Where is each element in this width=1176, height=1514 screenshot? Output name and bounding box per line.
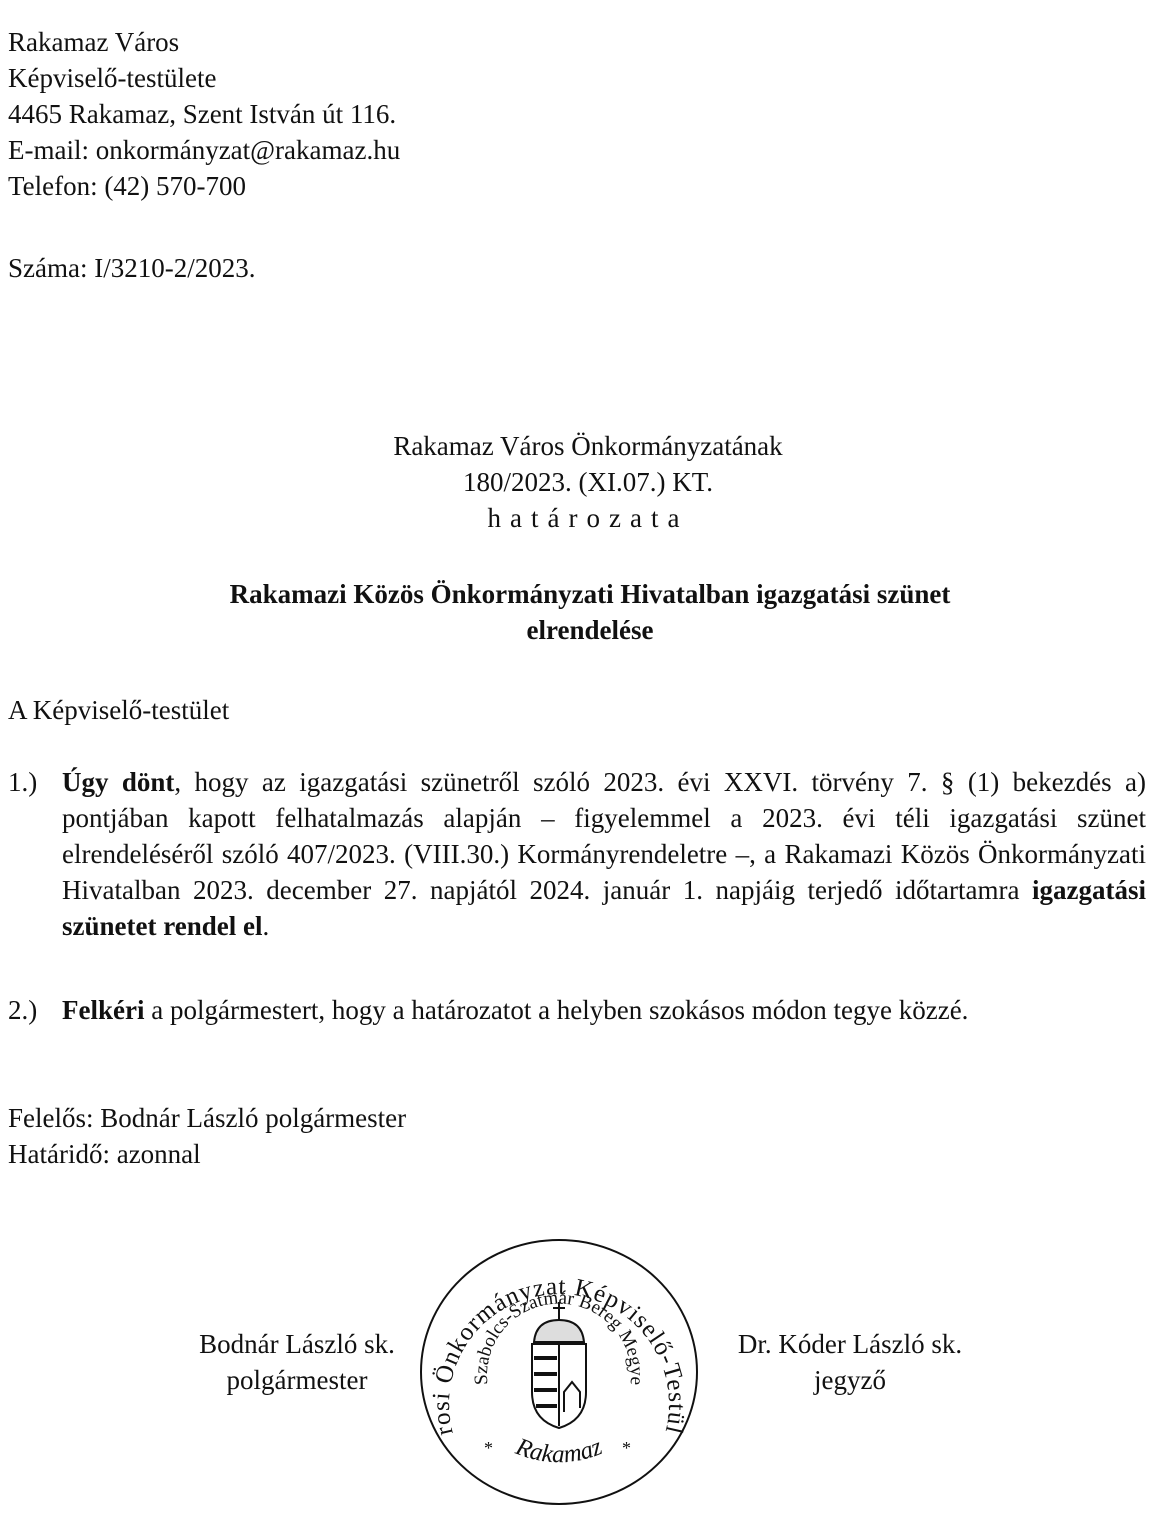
item-text: , hogy az igazgatási szünetről szóló 202…	[62, 767, 1146, 905]
stamp-seal-icon: Városi Önkormányzat Képviselő-Testülete …	[414, 1232, 704, 1508]
signature-title: polgármester	[172, 1362, 422, 1398]
item-end: .	[262, 911, 269, 941]
item-bold-lead: Úgy dönt	[62, 767, 174, 797]
subject-line-2: elrendelése	[120, 612, 1060, 648]
item-text: a polgármestert, hogy a határozatot a he…	[144, 995, 968, 1025]
official-stamp: Városi Önkormányzat Képviselő-Testülete …	[414, 1232, 704, 1508]
signature-title: jegyző	[700, 1362, 1000, 1398]
reference-number: Száma: I/3210-2/2023.	[8, 250, 255, 286]
letterhead-address: 4465 Rakamaz, Szent István út 116.	[8, 96, 400, 132]
responsibility-block: Felelős: Bodnár László polgármester Hatá…	[8, 1100, 406, 1172]
coat-of-arms-icon	[532, 1302, 586, 1428]
stamp-bottom-text: Rakamaz	[511, 1433, 606, 1468]
subject-line-1: Rakamazi Közös Önkormányzati Hivatalban …	[120, 576, 1060, 612]
letterhead-city: Rakamaz Város	[8, 24, 400, 60]
resolution-item-2: 2.) Felkéri a polgármestert, hogy a hatá…	[8, 992, 1146, 1028]
letterhead: Rakamaz Város Képviselő-testülete 4465 R…	[8, 24, 400, 204]
item-bold-lead: Felkéri	[62, 995, 144, 1025]
intro-text: A Képviselő-testület	[8, 692, 229, 728]
svg-text:Rakamaz: Rakamaz	[511, 1433, 606, 1468]
signature-name: Bodnár László sk.	[172, 1326, 422, 1362]
resolution-item-1: 1.) Úgy dönt, hogy az igazgatási szünetr…	[8, 764, 1146, 944]
letterhead-email: E-mail: onkormányzat@rakamaz.hu	[8, 132, 400, 168]
item-body: Úgy dönt, hogy az igazgatási szünetről s…	[62, 764, 1146, 944]
svg-text:*: *	[484, 1438, 493, 1458]
deadline: Határidő: azonnal	[8, 1136, 406, 1172]
signature-notary: Dr. Kóder László sk. jegyző	[700, 1326, 1000, 1398]
signature-mayor: Bodnár László sk. polgármester	[172, 1326, 422, 1398]
responsible-person: Felelős: Bodnár László polgármester	[8, 1100, 406, 1136]
resolution-title: Rakamaz Város Önkormányzatának 180/2023.…	[0, 428, 1176, 536]
item-number: 1.)	[8, 764, 37, 800]
resolution-subject: Rakamazi Közös Önkormányzati Hivatalban …	[120, 576, 1060, 648]
signature-name: Dr. Kóder László sk.	[700, 1326, 1000, 1362]
svg-text:*: *	[622, 1438, 631, 1458]
title-line-3: határozata	[0, 500, 1176, 536]
title-line-1: Rakamaz Város Önkormányzatának	[0, 428, 1176, 464]
item-body: Felkéri a polgármestert, hogy a határoza…	[62, 992, 1146, 1028]
letterhead-phone: Telefon: (42) 570-700	[8, 168, 400, 204]
title-line-2: 180/2023. (XI.07.) KT.	[0, 464, 1176, 500]
letterhead-body: Képviselő-testülete	[8, 60, 400, 96]
item-number: 2.)	[8, 992, 37, 1028]
